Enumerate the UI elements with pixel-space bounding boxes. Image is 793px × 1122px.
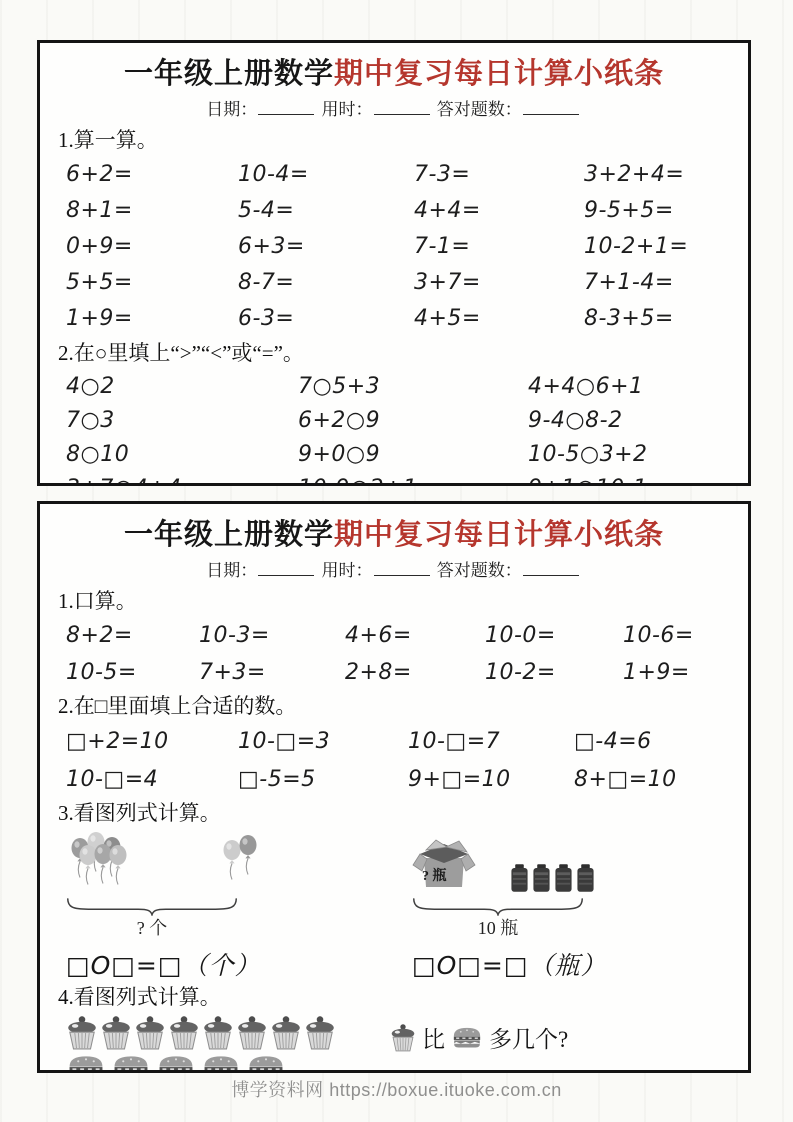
equation: 8+□=10 bbox=[574, 760, 736, 798]
card1-date-label: 日期： bbox=[206, 100, 257, 119]
cupcake-question-icon bbox=[390, 1023, 416, 1052]
bottle-figure: ? 瓶 10 瓶 □O□=□（瓶） bbox=[412, 831, 712, 982]
equation: 8+2= bbox=[66, 617, 199, 654]
card2-meta-line: 日期： 用时： 答对题数： bbox=[52, 556, 736, 586]
card2-problem1-grid: 8+2=10-3=4+6=10-0=10-6=10-5=7+3=2+8=10-2… bbox=[52, 617, 736, 691]
worksheet-card-1: 一年级上册数学期中复习每日计算小纸条 日期： 用时： 答对题数： 1.算一算。 … bbox=[37, 40, 751, 486]
hamburger-icon bbox=[66, 1054, 106, 1073]
equation: 7○5+3 bbox=[298, 369, 528, 403]
equation: 10-□=3 bbox=[238, 722, 408, 760]
card1-score-blank[interactable] bbox=[523, 100, 579, 115]
equation: 6-3= bbox=[238, 300, 414, 336]
equation: 10-3= bbox=[199, 617, 345, 654]
equation: 10-□=4 bbox=[66, 760, 238, 798]
cupcake-icon bbox=[304, 1015, 336, 1050]
footer-watermark: 博学资料网 https://boxue.ituoke.com.cn bbox=[0, 1076, 793, 1102]
equation: 1+9= bbox=[66, 300, 238, 336]
bottle-brace-label: 10 瓶 bbox=[412, 916, 584, 940]
problem4-question: 比 多几个? □O□=□（个） bbox=[390, 1021, 597, 1073]
card1-time-label: 用时： bbox=[322, 100, 373, 119]
equation: 6+3= bbox=[238, 228, 414, 264]
balloon-figure: ? 个 □O□=□（个） bbox=[66, 831, 366, 982]
card2-problem2-grid: □+2=1010-□=310-□=7□-4=610-□=4□-5=59+□=10… bbox=[52, 722, 736, 798]
card1-problem2-grid: 4○27○5+34+4○6+17○36+2○99-4○8-28○109+0○91… bbox=[52, 369, 736, 486]
cupcake-icon bbox=[134, 1015, 166, 1050]
equation: 5+5= bbox=[66, 264, 238, 300]
equation: 6+2○9 bbox=[298, 403, 528, 437]
card2-title: 一年级上册数学期中复习每日计算小纸条 bbox=[52, 516, 736, 554]
card2-time-label: 用时： bbox=[322, 561, 373, 580]
burger-question-icon bbox=[451, 1026, 483, 1050]
equation: 8+1= bbox=[66, 192, 238, 228]
equation: 7+3= bbox=[199, 654, 345, 691]
card1-time-blank[interactable] bbox=[374, 100, 430, 115]
open-box-image: ? 瓶 bbox=[412, 839, 476, 895]
balloon-pair-image bbox=[220, 831, 266, 895]
equation: 7+1-4= bbox=[584, 264, 736, 300]
equation: 3+2+4= bbox=[584, 156, 736, 192]
hamburger-icon bbox=[111, 1054, 151, 1073]
hamburger-icon bbox=[246, 1054, 286, 1073]
worksheet-card-2: 一年级上册数学期中复习每日计算小纸条 日期： 用时： 答对题数： 1.口算。 8… bbox=[37, 501, 751, 1073]
cupcake-icon bbox=[100, 1015, 132, 1050]
card1-problem1-heading: 1.算一算。 bbox=[52, 125, 736, 156]
card2-score-blank[interactable] bbox=[523, 561, 579, 576]
bottle-icon bbox=[532, 863, 551, 893]
cupcake-icon bbox=[66, 1015, 98, 1050]
bottle-icon bbox=[554, 863, 573, 893]
card2-problem1-heading: 1.口算。 bbox=[52, 586, 736, 617]
bottle-row-image bbox=[510, 863, 595, 895]
equation: 0+9= bbox=[66, 228, 238, 264]
food-images bbox=[66, 1015, 366, 1073]
cupcake-icon bbox=[168, 1015, 200, 1050]
balloon-equation[interactable]: □O□=□（个） bbox=[66, 946, 366, 982]
equation: 10-0= bbox=[485, 617, 623, 654]
equation: 2+8= bbox=[345, 654, 485, 691]
hamburger-icon bbox=[451, 1026, 483, 1050]
card1-problem1-grid: 6+2=10-4=7-3=3+2+4=8+1=5-4=4+4=9-5+5=0+9… bbox=[52, 156, 736, 336]
equation: 10-5○3+2 bbox=[528, 437, 736, 471]
compare-equation[interactable]: □O□=□（个） bbox=[402, 1064, 597, 1073]
problem4-figures: 比 多几个? □O□=□（个） bbox=[52, 1015, 736, 1073]
card2-problem3-heading: 3.看图列式计算。 bbox=[52, 798, 736, 829]
bottle-images: ? 瓶 bbox=[412, 831, 712, 895]
equation: 10-9○2+1 bbox=[298, 471, 528, 486]
brace-icon bbox=[412, 897, 584, 916]
cupcake-icon bbox=[390, 1023, 416, 1052]
equation: 4+5= bbox=[414, 300, 584, 336]
equation: 10-□=7 bbox=[408, 722, 574, 760]
equation: 8-3+5= bbox=[584, 300, 736, 336]
balloon-icon bbox=[106, 844, 130, 888]
equation: 3+7○4+4 bbox=[66, 471, 298, 486]
cupcake-icon bbox=[202, 1015, 234, 1050]
card1-problem2-heading: 2.在○里填上“>”“<”或“=”。 bbox=[52, 338, 736, 369]
card1-title: 一年级上册数学期中复习每日计算小纸条 bbox=[52, 55, 736, 93]
brace-icon bbox=[66, 897, 238, 916]
card2-problem2-heading: 2.在□里面填上合适的数。 bbox=[52, 691, 736, 722]
equation: 1+9= bbox=[623, 654, 736, 691]
card1-date-blank[interactable] bbox=[258, 100, 314, 115]
balloon-images bbox=[66, 831, 366, 895]
equation: 9-5+5= bbox=[584, 192, 736, 228]
card2-title-topic: 期中复习每日计算小纸条 bbox=[334, 519, 664, 551]
equation: 4○2 bbox=[66, 369, 298, 403]
equation: □+2=10 bbox=[66, 722, 238, 760]
problem3-figures: ? 个 □O□=□（个） ? 瓶 bbox=[52, 831, 736, 982]
bottle-icon bbox=[576, 863, 595, 893]
equation: 5-4= bbox=[238, 192, 414, 228]
hamburger-icon bbox=[156, 1054, 196, 1073]
balloon-bunch-image bbox=[66, 831, 162, 895]
compare-word: 比 bbox=[422, 1021, 445, 1054]
equation: 10-4= bbox=[238, 156, 414, 192]
card2-date-blank[interactable] bbox=[258, 561, 314, 576]
equation: 7-3= bbox=[414, 156, 584, 192]
equation: 9+1○10-1 bbox=[528, 471, 736, 486]
equation: 3+7= bbox=[414, 264, 584, 300]
equation: 6+2= bbox=[66, 156, 238, 192]
card1-meta-line: 日期： 用时： 答对题数： bbox=[52, 95, 736, 125]
equation: 9+□=10 bbox=[408, 760, 574, 798]
cupcake-icon bbox=[270, 1015, 302, 1050]
balloon-brace-label: ? 个 bbox=[66, 916, 238, 940]
equation: 8-7= bbox=[238, 264, 414, 300]
compare-question-line: 比 多几个? bbox=[390, 1021, 597, 1054]
card2-score-label: 答对题数： bbox=[437, 561, 522, 580]
card2-time-blank[interactable] bbox=[374, 561, 430, 576]
equation: 7○3 bbox=[66, 403, 298, 437]
equation: 4+4○6+1 bbox=[528, 369, 736, 403]
equation: 7-1= bbox=[414, 228, 584, 264]
equation: 10-2+1= bbox=[584, 228, 736, 264]
cupcake-icon bbox=[236, 1015, 268, 1050]
equation: 10-5= bbox=[66, 654, 199, 691]
card2-date-label: 日期： bbox=[206, 561, 257, 580]
equation: 10-2= bbox=[485, 654, 623, 691]
equation: 8○10 bbox=[66, 437, 298, 471]
question-suffix: 多几个? bbox=[489, 1021, 568, 1054]
cupcake-row-image bbox=[66, 1015, 366, 1050]
card2-title-course: 一年级上册数学 bbox=[124, 519, 334, 551]
equation: 10-6= bbox=[623, 617, 736, 654]
box-label: ? 瓶 bbox=[422, 865, 447, 885]
balloon-icon bbox=[236, 834, 260, 878]
equation: □-5=5 bbox=[238, 760, 408, 798]
equation: □-4=6 bbox=[574, 722, 736, 760]
equation: 9+0○9 bbox=[298, 437, 528, 471]
equation: 4+6= bbox=[345, 617, 485, 654]
card1-title-course: 一年级上册数学 bbox=[124, 58, 334, 90]
card1-score-label: 答对题数： bbox=[437, 100, 522, 119]
equation: 9-4○8-2 bbox=[528, 403, 736, 437]
bottle-icon bbox=[510, 863, 529, 893]
card2-problem4-heading: 4.看图列式计算。 bbox=[52, 982, 736, 1013]
hamburger-icon bbox=[201, 1054, 241, 1073]
card1-title-topic: 期中复习每日计算小纸条 bbox=[334, 58, 664, 90]
equation: 4+4= bbox=[414, 192, 584, 228]
bottle-equation[interactable]: □O□=□（瓶） bbox=[412, 946, 712, 982]
burger-row-image bbox=[66, 1054, 366, 1073]
